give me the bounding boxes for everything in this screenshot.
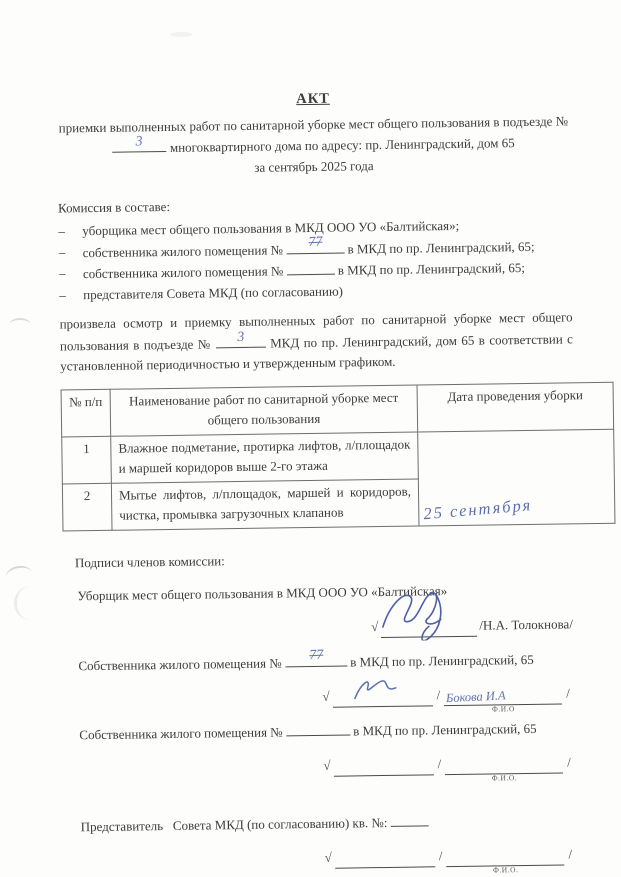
signature-blank — [333, 691, 433, 707]
apartment-number-blank — [391, 811, 429, 827]
document-subtitle: приемки выполненных работ по санитарной … — [57, 111, 570, 181]
commission-members-list: – уборщика мест общего пользования в МКД… — [58, 214, 572, 305]
representative-text: Представитель Совета МКД (по согласовани… — [81, 815, 388, 834]
member-text: представителя Совета МКД (по согласовани… — [83, 281, 343, 305]
cleaner-signature-label: Уборщик мест общего пользования в МКД ОО… — [77, 580, 576, 607]
checkmark: √ — [325, 848, 332, 869]
document-content: АКТ приемки выполненных работ по санитар… — [0, 0, 621, 875]
name-blank: Бокова И.А Ф.И.О — [444, 689, 562, 706]
separator-slash: / — [439, 846, 443, 867]
representative-signature-row: √ / Ф.И.О. / — [67, 844, 580, 872]
owner2-signature-label: Собственника жилого помещения № в МКД по… — [79, 717, 578, 745]
handwritten-cleaning-date: 25 сентября — [422, 492, 533, 527]
handwritten-entrance-number: 3 — [215, 325, 266, 350]
table-header-row: № п/п Наименование работ по санитарной у… — [61, 382, 614, 437]
list-dash: – — [58, 242, 82, 264]
cleaner-printed-name: /Н.А. Толокнова/ — [479, 614, 573, 636]
separator-slash: / — [437, 754, 441, 775]
name-blank: Ф.И.О. — [446, 850, 564, 867]
apartment-number-blank: 77 — [285, 651, 347, 667]
member-text: собственника жилого помещения № — [83, 242, 284, 260]
commission-heading: Комиссия в составе: — [58, 191, 571, 219]
fio-caption: Ф.И.О. — [445, 773, 563, 782]
work-table: № п/п Наименование работ по санитарной у… — [61, 382, 616, 532]
signature-blank — [334, 760, 434, 776]
signature-blank — [335, 852, 435, 868]
signature-scribble — [350, 673, 402, 704]
owner1-post: в МКД по пр. Ленинградский, 65 — [350, 651, 534, 669]
column-header-work: Наименование работ по санитарной уборке … — [110, 385, 418, 436]
owner2-post: в МКД по пр. Ленинградский, 65 — [353, 720, 537, 738]
cleaner-signature-row: √ /Н.А. Толокнова/ — [64, 614, 577, 642]
work-description-cell: Мытье лифтов, л/площадок, маршей и корид… — [111, 479, 419, 530]
apartment-number-blank — [286, 720, 350, 736]
member-text: в МКД по пр. Ленинградский, 65; — [338, 260, 525, 278]
subtitle-line2-post: многоквартирного дома по адресу: пр. Лен… — [170, 136, 515, 156]
list-dash: – — [58, 221, 82, 242]
column-header-date: Дата проведения уборки — [417, 382, 614, 432]
member-text: в МКД по пр. Ленинградский, 65; — [347, 238, 534, 256]
signature-blank — [381, 621, 477, 637]
document-title: АКТ — [56, 84, 569, 114]
separator-slash: / — [566, 683, 570, 704]
subtitle-line2-pre: подъезде № — [503, 113, 568, 129]
subtitle-line3: за сентябрь 2025 года — [254, 158, 374, 175]
signatures-heading: Подписи членов комиссии: — [75, 546, 576, 574]
inspection-paragraph: произвела осмотр и приемку выполненных р… — [60, 307, 574, 377]
representative-signature-label: Представитель Совета МКД (по согласовани… — [81, 809, 580, 837]
owner1-pre: Собственника жилого помещения № — [78, 655, 281, 673]
separator-slash: / — [567, 753, 571, 774]
row-number-cell: 2 — [62, 483, 112, 531]
apartment-number-blank — [286, 260, 334, 276]
list-dash: – — [59, 263, 83, 285]
separator-slash: / — [568, 845, 572, 866]
owner1-signature-label: Собственника жилого помещения № 77 в МКД… — [78, 648, 577, 676]
checkmark: √ — [323, 756, 330, 777]
handwritten-apartment-number: 77 — [286, 231, 345, 256]
checkmark: √ — [322, 687, 329, 708]
column-header-number: № п/п — [61, 389, 111, 437]
owner2-pre: Собственника жилого помещения № — [79, 724, 282, 742]
title-text: АКТ — [296, 91, 330, 107]
member-text: собственника жилого помещения № — [83, 263, 284, 281]
table-row: 1 Влажное подметание, протирка лифтов, л… — [62, 429, 615, 484]
entrance-number-blank: 3 — [113, 137, 167, 153]
entrance-number-blank: 3 — [216, 332, 266, 348]
fio-caption: Ф.И.О — [444, 704, 562, 713]
owner2-signature-row: √ / Ф.И.О. / — [66, 752, 579, 780]
cleaning-date-cell: 25 сентября — [418, 429, 615, 526]
separator-slash: / — [436, 685, 440, 706]
apartment-number-blank: 77 — [286, 238, 344, 254]
work-description-cell: Влажное подметание, протирка лифтов, л/п… — [111, 432, 419, 483]
name-blank: Ф.И.О. — [445, 758, 563, 775]
scanned-document-page: АКТ приемки выполненных работ по санитар… — [0, 0, 621, 877]
handwritten-apartment-number: 77 — [284, 644, 347, 669]
owner1-signature-row: √ / Бокова И.А Ф.И.О / — [65, 683, 578, 711]
checkmark: √ — [371, 617, 378, 638]
row-number-cell: 1 — [62, 436, 112, 484]
list-dash: – — [59, 285, 83, 306]
handwritten-entrance-number: 3 — [112, 130, 167, 155]
fio-caption: Ф.И.О. — [447, 865, 565, 874]
